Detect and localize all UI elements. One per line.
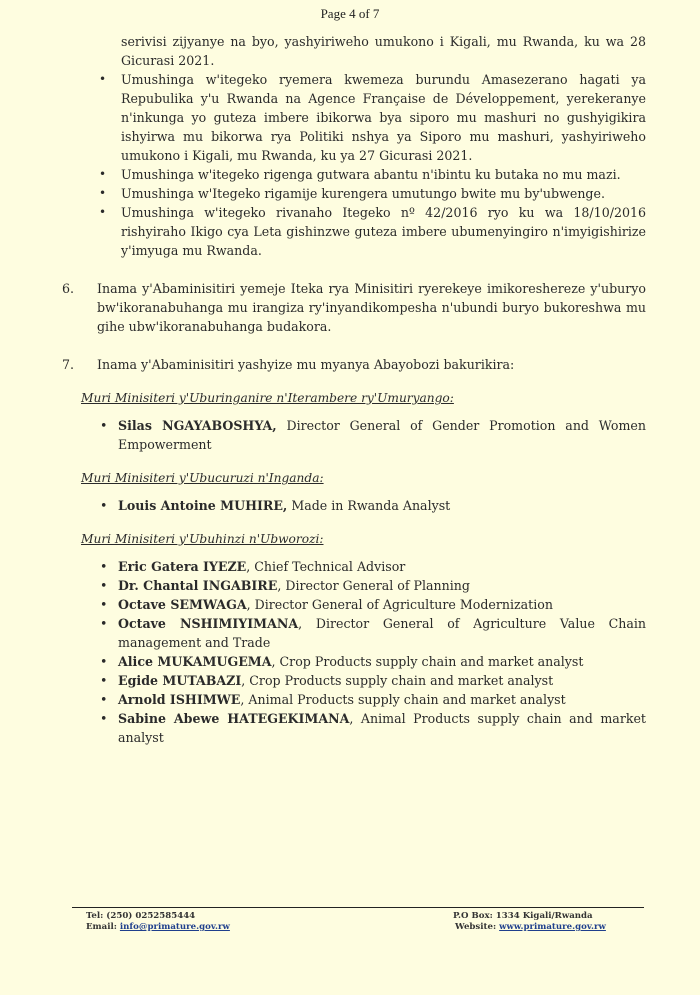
bullet-list-1: •Umushinga w'itegeko ryemera kwemeza bur… — [62, 70, 646, 165]
appointee-item: •Dr. Chantal INGABIRE, Director General … — [62, 576, 646, 595]
ministry-appointments: Muri Minisiteri y'Uburinganire n'Iteramb… — [62, 389, 646, 747]
appointee-name: Octave SEMWAGA — [118, 597, 247, 612]
page-number: Page 4 of 7 — [0, 6, 700, 22]
bullet-icon: • — [100, 595, 107, 614]
appointee-item: •Eric Gatera IYEZE, Chief Technical Advi… — [62, 557, 646, 576]
appointee-list: •Silas NGAYABOSHYA, Director General of … — [62, 416, 646, 454]
ministry-heading: Muri Minisiteri y'Uburinganire n'Iteramb… — [81, 389, 646, 408]
numbered-item-6: 6.Inama y'Abaminisitiri yemeje Iteka rya… — [62, 279, 646, 336]
appointee-list: •Louis Antoine MUHIRE, Made in Rwanda An… — [62, 496, 646, 515]
footer-website-line: Website: www.primature.gov.rw — [455, 922, 606, 933]
appointee-list: •Eric Gatera IYEZE, Chief Technical Advi… — [62, 557, 646, 747]
appointee-name: Alice MUKAMUGEMA — [118, 654, 272, 669]
appointee-name: Sabine Abewe HATEGEKIMANA — [118, 711, 349, 726]
appointee-name: Egide MUTABAZI — [118, 673, 241, 688]
appointee-item: •Octave NSHIMIYIMANA, Director General o… — [62, 614, 646, 652]
footer-tel: Tel: (250) 0252585444 — [86, 911, 230, 922]
appointee-role: , Crop Products supply chain and market … — [241, 673, 553, 688]
email-link[interactable]: info@primature.gov.rw — [120, 922, 230, 932]
footer-contact: Tel: (250) 0252585444 Email: info@primat… — [86, 911, 230, 933]
appointee-name: Silas NGAYABOSHYA, — [118, 418, 277, 433]
appointee-role: , Animal Products supply chain and marke… — [240, 692, 565, 707]
bullet-list-2: •Umushinga w'itegeko rigenga gutwara aba… — [62, 165, 646, 260]
appointee-role: , Director General of Agriculture Modern… — [247, 597, 553, 612]
appointee-role: Made in Rwanda Analyst — [287, 498, 450, 513]
footer-email-line: Email: info@primature.gov.rw — [86, 922, 230, 933]
list-item: •Umushinga w'itegeko ryemera kwemeza bur… — [62, 70, 646, 165]
continuation-paragraph: serivisi zijyanye na byo, yashyiriweho u… — [121, 32, 646, 70]
bullet-icon: • — [100, 652, 107, 671]
bullet-icon: • — [100, 690, 107, 709]
appointee-item: •Louis Antoine MUHIRE, Made in Rwanda An… — [62, 496, 646, 515]
bullet-icon: • — [99, 203, 106, 222]
appointee-name: Dr. Chantal INGABIRE — [118, 578, 277, 593]
bullet-icon: • — [100, 614, 107, 633]
appointee-item: •Egide MUTABAZI, Crop Products supply ch… — [62, 671, 646, 690]
appointee-role: , Director General of Planning — [277, 578, 470, 593]
bullet-icon: • — [99, 165, 106, 184]
list-item: •Umushinga w'itegeko rivanaho Itegeko nº… — [62, 203, 646, 260]
footer-address: P.O Box: 1334 Kigali/Rwanda Website: www… — [453, 911, 606, 933]
bullet-icon: • — [100, 576, 107, 595]
appointee-name: Octave NSHIMIYIMANA — [118, 616, 298, 631]
appointee-item: •Alice MUKAMUGEMA, Crop Products supply … — [62, 652, 646, 671]
ministry-heading: Muri Minisiteri y'Ubucuruzi n'Inganda: — [81, 469, 646, 488]
appointee-item: •Sabine Abewe HATEGEKIMANA, Animal Produ… — [62, 709, 646, 747]
bullet-icon: • — [99, 184, 106, 203]
list-item: •Umushinga w'itegeko rigenga gutwara aba… — [62, 165, 646, 184]
list-item: •Umushinga w'Itegeko rigamije kurengera … — [62, 184, 646, 203]
bullet-icon: • — [99, 70, 106, 89]
appointee-role: , Crop Products supply chain and market … — [272, 654, 584, 669]
footer-pobox: P.O Box: 1334 Kigali/Rwanda — [453, 911, 606, 922]
bullet-icon: • — [100, 496, 107, 515]
website-link[interactable]: www.primature.gov.rw — [499, 922, 606, 932]
appointee-name: Eric Gatera IYEZE — [118, 559, 246, 574]
bullet-icon: • — [100, 416, 107, 435]
appointee-item: •Arnold ISHIMWE, Animal Products supply … — [62, 690, 646, 709]
appointee-name: Louis Antoine MUHIRE, — [118, 498, 287, 513]
bullet-icon: • — [100, 671, 107, 690]
bullet-icon: • — [100, 557, 107, 576]
numbered-list: 6.Inama y'Abaminisitiri yemeje Iteka rya… — [62, 279, 646, 374]
numbered-item-7: 7.Inama y'Abaminisitiri yashyize mu myan… — [62, 355, 646, 374]
appointee-item: •Octave SEMWAGA, Director General of Agr… — [62, 595, 646, 614]
bullet-icon: • — [100, 709, 107, 728]
appointee-item: •Silas NGAYABOSHYA, Director General of … — [62, 416, 646, 454]
document-body: serivisi zijyanye na byo, yashyiriweho u… — [62, 30, 646, 747]
ministry-heading: Muri Minisiteri y'Ubuhinzi n'Ubworozi: — [81, 530, 646, 549]
appointee-name: Arnold ISHIMWE — [118, 692, 240, 707]
footer: Tel: (250) 0252585444 Email: info@primat… — [72, 907, 644, 910]
appointee-role: , Chief Technical Advisor — [246, 559, 405, 574]
